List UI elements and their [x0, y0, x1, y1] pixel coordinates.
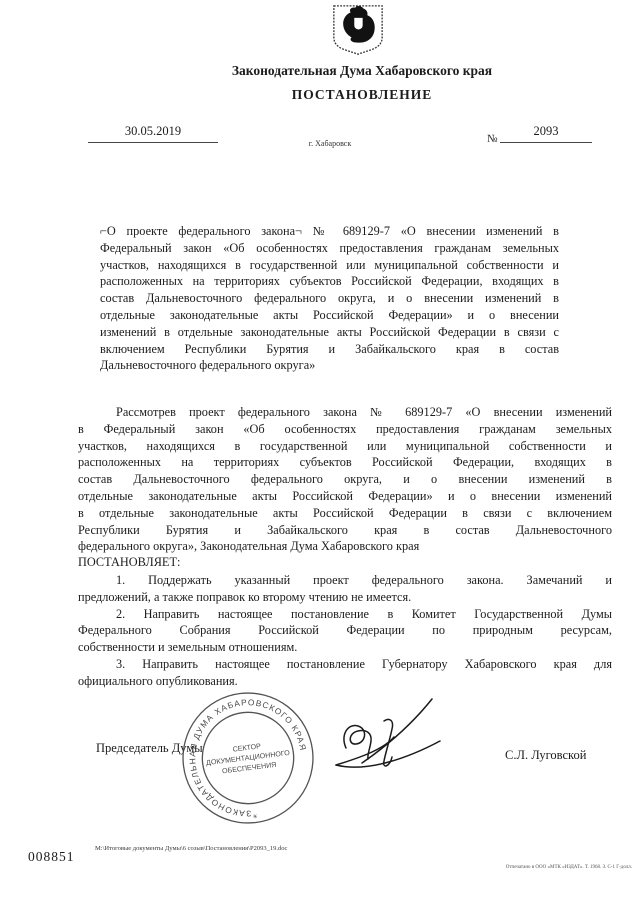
body-line: расположенных на территориях субъектов Р…: [78, 454, 612, 471]
title-line: ⌐О проекте федерального закона¬ № 689129…: [100, 223, 559, 240]
resolution-item-3: 3. Направить настоящее постановление Губ…: [78, 656, 612, 690]
title-line: отдельные законодательные акты Российско…: [100, 307, 559, 324]
handwritten-signature: [332, 693, 452, 783]
round-stamp: ЗАКОНОДАТЕЛЬНАЯ ДУМА ХАБАРОВСКОГО КРАЯ С…: [172, 682, 324, 834]
body-line: в Федеральный закон «Об особенностях пре…: [78, 421, 612, 438]
number-sign: №: [487, 133, 498, 145]
body-line: федерального округа», Законодательная Ду…: [78, 538, 612, 555]
item-line: предложений, а также поправок ко второму…: [78, 589, 612, 606]
body-line: отдельные законодательные акты Российско…: [78, 488, 612, 505]
item-line: 3. Направить настоящее постановление Губ…: [78, 656, 612, 673]
stamp-star-icon: ✳: [252, 813, 258, 821]
resolution-item-1: 1. Поддержать указанный проект федеральн…: [78, 572, 612, 606]
body-line: участков, находящихся в государственной …: [78, 438, 612, 455]
document-title-paragraph: ⌐О проекте федерального закона¬ № 689129…: [100, 223, 559, 374]
body-line: состав Дальневосточного федерального окр…: [78, 471, 612, 488]
file-path-note: М:\Итоговые документы Думы\6 созыв\Поста…: [95, 845, 287, 852]
title-line: включением Республики Бурятия и Забайкал…: [100, 341, 559, 358]
title-line: Дальневосточного федерального округа»: [100, 357, 559, 374]
title-line: состав Дальневосточного федерального окр…: [100, 290, 559, 307]
document-number: 2093: [500, 124, 592, 143]
title-line: Федеральный закон «Об особенностях предо…: [100, 240, 559, 257]
organization-name: Законодательная Дума Хабаровского края: [80, 63, 640, 79]
title-line: расположенных на территориях субъектов Р…: [100, 273, 559, 290]
title-line: изменений в отдельные законодательные ак…: [100, 324, 559, 341]
item-line: 1. Поддержать указанный проект федеральн…: [78, 572, 612, 589]
body-paragraph: Рассмотрев проект федерального закона № …: [78, 404, 612, 555]
item-line: 2. Направить настоящее постановление в К…: [78, 606, 612, 623]
body-line: Республики Бурятия и Забайкальского края…: [78, 522, 612, 539]
resolution-item-2: 2. Направить настоящее постановление в К…: [78, 606, 612, 656]
resolve-word: ПОСТАНОВЛЯЕТ:: [78, 555, 612, 570]
title-line: участков, находящихся в государственной …: [100, 257, 559, 274]
item-line: официального опубликования.: [78, 673, 612, 690]
signer-name: С.Л. Луговской: [505, 748, 586, 763]
body-line: Рассмотрев проект федерального закона № …: [78, 404, 612, 421]
document-city: г. Хабаровск: [250, 139, 410, 148]
document-date: 30.05.2019: [88, 124, 218, 143]
coat-of-arms-bear-shield-icon: [330, 4, 386, 56]
document-page: Законодательная Дума Хабаровского края П…: [0, 0, 640, 905]
printshop-note: Отпечатано в ООО «МТК «ИЗДАТ». Т. 1968. …: [400, 865, 632, 870]
document-type-title: ПОСТАНОВЛЕНИЕ: [80, 87, 640, 103]
item-line: собственности и земельным отношениям.: [78, 639, 612, 656]
item-line: Федерального Собрания Российской Федерац…: [78, 622, 612, 639]
resolution-items: 1. Поддержать указанный проект федеральн…: [78, 572, 612, 690]
registration-code: 008851: [28, 849, 75, 865]
body-line: в отдельные законодательные акты Российс…: [78, 505, 612, 522]
